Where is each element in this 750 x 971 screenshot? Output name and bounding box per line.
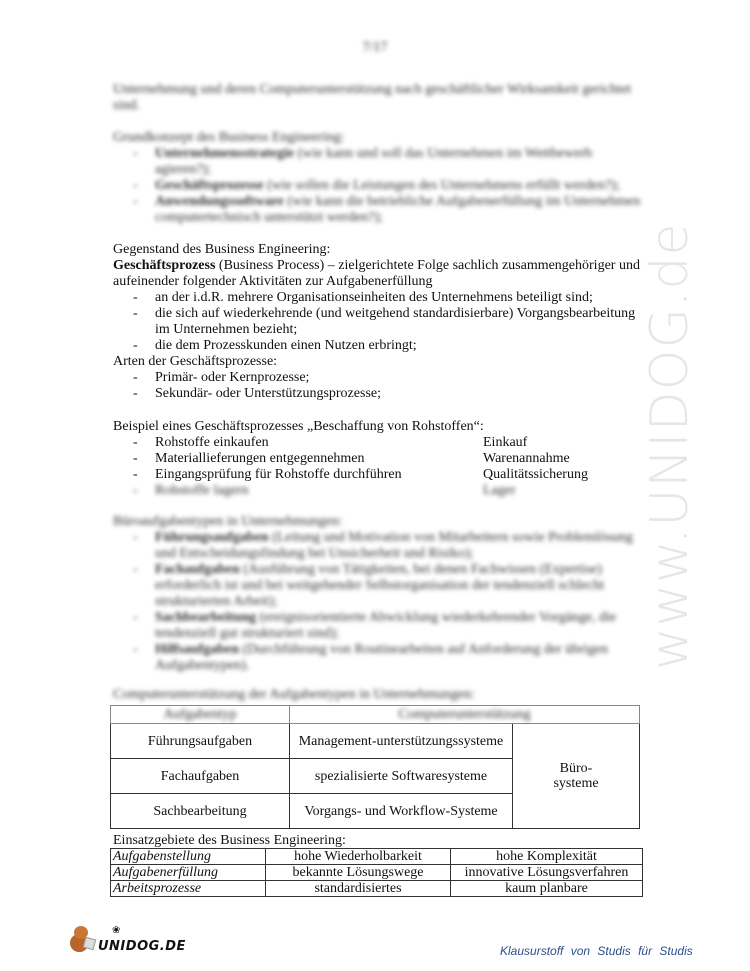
- table-row: Aufgabenerfüllung bekannte Lösungswege i…: [111, 865, 643, 881]
- table-cell: hohe Wiederholbarkeit: [266, 849, 451, 865]
- table-row: Führungsaufgaben Management-unterstützun…: [111, 724, 640, 759]
- intro-paragraph: Unternehmung und deren Computerunterstüt…: [113, 82, 643, 114]
- list-item: Hilfsaufgaben (Durchführung von Routinea…: [113, 642, 643, 674]
- table-cell: spezialisierte Softwaresysteme: [290, 759, 513, 794]
- list-item: Primär- oder Kernprozesse;: [113, 370, 643, 386]
- list-item: Materiallieferungen entgegennehmenWarena…: [113, 451, 643, 467]
- list-item: Rohstoffe lagernLager: [113, 483, 643, 499]
- dog-mascot-icon: [68, 926, 94, 954]
- definition: Geschäftsprozess (Business Process) – zi…: [113, 258, 643, 290]
- intro-text: Unternehmung und deren Computerunterstüt…: [113, 82, 643, 114]
- table-cell: bekannte Lösungswege: [266, 865, 451, 881]
- table-cell: Führungsaufgaben: [111, 724, 290, 759]
- table-cell: Aufgabenerfüllung: [111, 865, 266, 881]
- arten-heading: Arten der Geschäftsprozesse:: [113, 354, 643, 370]
- grundkonzept-heading: Grundkonzept des Business Engineering:: [113, 130, 643, 146]
- list-item: Sekundär- oder Unterstützungsprozesse;: [113, 386, 643, 402]
- table-row: Arbeitsprozesse standardisiertes kaum pl…: [111, 881, 643, 897]
- table-cell: Aufgabenstellung: [111, 849, 266, 865]
- unidog-logo: ❀ UNIDOG.DE: [68, 926, 186, 954]
- list-item: die dem Prozesskunden einen Nutzen erbri…: [113, 338, 643, 354]
- list-item: Fachaufgaben (Ausführung von Tätigkeiten…: [113, 562, 643, 610]
- buero-section: Büroaufgabentypen in Unternehmungen: Füh…: [113, 514, 643, 674]
- table-cell: Sachbearbeitung: [111, 794, 290, 829]
- list-item: an der i.d.R. mehrere Organisationseinhe…: [113, 290, 643, 306]
- footer-tagline: Klausurstoff von Studis für Studis: [500, 944, 693, 958]
- document-page: www.UNIDOG.de 7/17 Unternehmung und dere…: [0, 0, 750, 971]
- table1-caption: Computerunterstützung der Aufgabentypen …: [113, 687, 643, 703]
- table-cell: Management-unterstützungssysteme: [290, 724, 513, 759]
- table2-caption: Einsatzgebiete des Business Engineering:: [113, 833, 643, 849]
- table-cell: Vorgangs- und Workflow-Systeme: [290, 794, 513, 829]
- gegenstand-heading: Gegenstand des Business Engineering:: [113, 242, 643, 258]
- grundkonzept-section: Grundkonzept des Business Engineering: U…: [113, 130, 643, 226]
- table-cell: innovative Lösungsverfahren: [451, 865, 643, 881]
- table-cell: Arbeitsprozesse: [111, 881, 266, 897]
- logo-text: ❀ UNIDOG.DE: [98, 939, 186, 954]
- watermark: www.UNIDOG.de: [640, 223, 700, 670]
- header-cell: Aufgabentyp: [111, 706, 290, 724]
- header-cell: Computerunterstützung: [290, 706, 640, 724]
- table-header: Aufgabentyp Computerunterstützung: [111, 706, 640, 724]
- list-item: Unternehmensstrategie (wie kann und soll…: [113, 146, 643, 178]
- list-item: Anwendungssoftware (wie kann die betrieb…: [113, 194, 643, 226]
- buero-heading: Büroaufgabentypen in Unternehmungen:: [113, 514, 643, 530]
- list-item: Eingangsprüfung für Rohstoffe durchführe…: [113, 467, 643, 483]
- beispiel-section: Beispiel eines Geschäftsprozesses „Besch…: [113, 419, 643, 499]
- einsatzgebiete-table: Aufgabenstellung hohe Wiederholbarkeit h…: [110, 848, 643, 897]
- table-cell: Büro-systeme: [513, 724, 640, 829]
- table-cell: hohe Komplexität: [451, 849, 643, 865]
- list-item: Sachbearbeitung (ereignisorientierte Abw…: [113, 610, 643, 642]
- table-cell: Fachaufgaben: [111, 759, 290, 794]
- gegenstand-section: Gegenstand des Business Engineering: Ges…: [113, 242, 643, 402]
- list-item: Führungsaufgaben (Leitung und Motivation…: [113, 530, 643, 562]
- table-cell: kaum planbare: [451, 881, 643, 897]
- beispiel-heading: Beispiel eines Geschäftsprozesses „Besch…: [113, 419, 643, 435]
- list-item: Geschäftsprozesse (wie sollen die Leistu…: [113, 178, 643, 194]
- list-item: die sich auf wiederkehrende (und weitgeh…: [113, 306, 643, 338]
- computer-support-table: Aufgabentyp Computerunterstützung Führun…: [110, 705, 640, 829]
- page-number: 7/17: [0, 40, 750, 56]
- list-item: Rohstoffe einkaufenEinkauf: [113, 435, 643, 451]
- paw-icon: ❀: [112, 925, 121, 936]
- table-cell: standardisiertes: [266, 881, 451, 897]
- table-row: Aufgabenstellung hohe Wiederholbarkeit h…: [111, 849, 643, 865]
